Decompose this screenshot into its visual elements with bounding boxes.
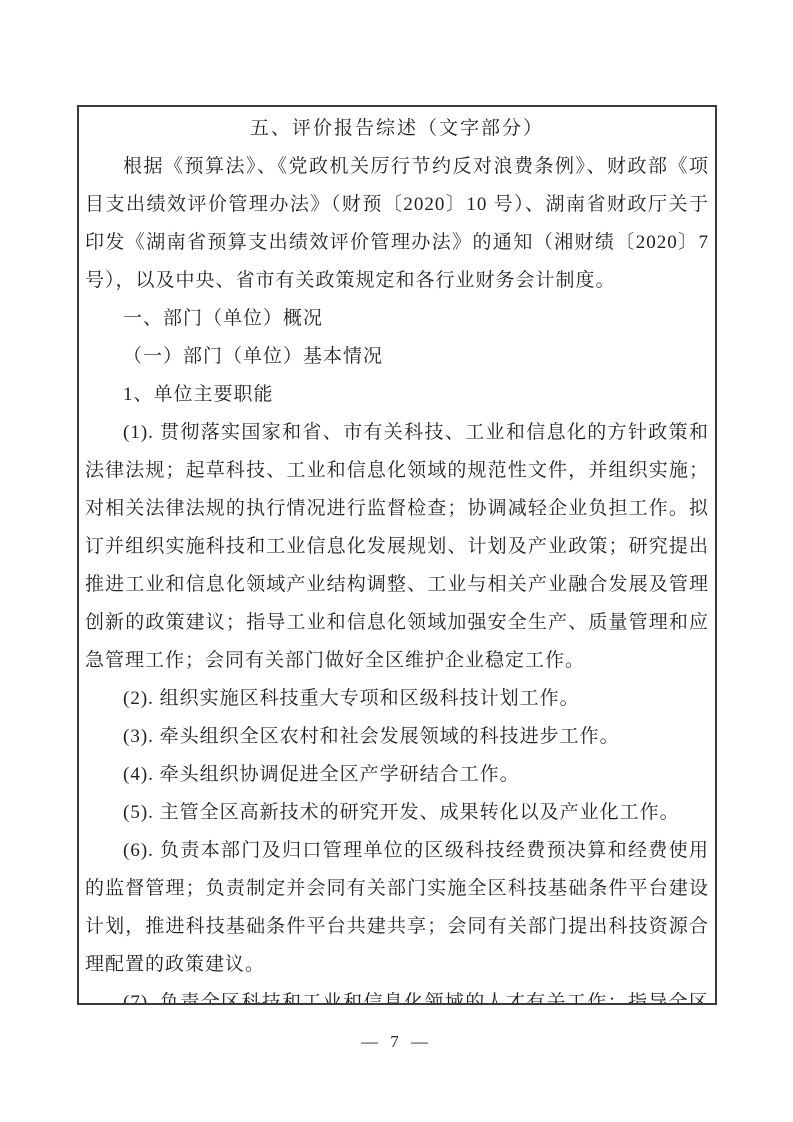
paragraph-function-1: (1). 贯彻落实国家和省、市有关科技、工业和信息化的方针政策和法律法规；起草科… bbox=[85, 414, 709, 680]
paragraph-legal-basis: 根据《预算法》、《党政机关厉行节约反对浪费条例》、财政部《项目支出绩效评价管理办… bbox=[85, 148, 709, 300]
heading-main-functions: 1、单位主要职能 bbox=[85, 376, 709, 414]
paragraph-function-6: (6). 负责本部门及归口管理单位的区级科技经费预决算和经费使用的监督管理；负责… bbox=[85, 832, 709, 984]
paragraph-function-7: (7). 负责全区科技和工业和信息化领域的人才有关工作；指导全区科技和 bbox=[85, 984, 709, 1005]
paragraph-function-3: (3). 牵头组织全区农村和社会发展领域的科技进步工作。 bbox=[85, 718, 709, 756]
heading-basic-situation: （一）部门（单位）基本情况 bbox=[85, 338, 709, 376]
paragraph-function-4: (4). 牵头组织协调促进全区产学研结合工作。 bbox=[85, 756, 709, 794]
document-page: 五、评价报告综述（文字部分） 根据《预算法》、《党政机关厉行节约反对浪费条例》、… bbox=[0, 0, 793, 1122]
content-border-box: 五、评价报告综述（文字部分） 根据《预算法》、《党政机关厉行节约反对浪费条例》、… bbox=[77, 105, 717, 1005]
paragraph-function-5: (5). 主管全区高新技术的研究开发、成果转化以及产业化工作。 bbox=[85, 794, 709, 832]
heading-department-overview: 一、部门（单位）概况 bbox=[85, 300, 709, 338]
paragraph-function-2: (2). 组织实施区科技重大专项和区级科技计划工作。 bbox=[85, 680, 709, 718]
report-section-title: 五、评价报告综述（文字部分） bbox=[85, 110, 709, 148]
page-number: — 7 — bbox=[0, 1032, 793, 1052]
